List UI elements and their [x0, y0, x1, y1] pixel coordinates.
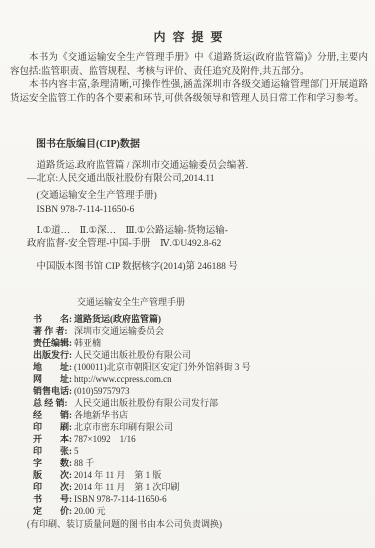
- colophon-value: 2014 年 11 月 第 1 版: [74, 469, 363, 481]
- colophon-label: 印 次:: [33, 481, 74, 493]
- cip-series-note: (交通运输安全生产管理手册): [27, 190, 355, 203]
- colophon-value: 人民交通出版社股份有限公司发行部: [74, 397, 363, 409]
- colophon-label: 网 址:: [33, 373, 74, 385]
- content-summary-paragraph-2: 本书内容丰富,条理清晰,可操作性强,涵盖深圳市各级交通运输管理部门开展道路货运安…: [10, 79, 368, 106]
- colophon-row: 书 名: 道路货运(政府监管篇): [33, 313, 363, 325]
- cip-record-line1: 道路货运.政府监管篇 / 深圳市交通运输委员会编著.: [27, 160, 355, 173]
- cip-isbn: ISBN 978-7-114-11650-6: [27, 204, 355, 217]
- colophon-label: 开 本:: [33, 433, 74, 445]
- colophon-value: 韩亚楠: [74, 337, 363, 349]
- colophon-value: 787×1092 1/16: [74, 433, 363, 445]
- colophon-label: 字 数:: [33, 457, 74, 469]
- content-summary-section: 内 容 提 要 本书为《交通运输安全生产管理手册》中《道路货运(政府监管篇)》分…: [10, 28, 368, 106]
- cip-data-section: 图书在版编目(CIP)数据 道路货运.政府监管篇 / 深圳市交通运输委员会编著.…: [27, 138, 355, 274]
- colophon-label: 总 经 销:: [33, 397, 74, 409]
- colophon-value: 20.00 元: [74, 505, 363, 517]
- colophon-row: 销售电话: (010)59757973: [33, 385, 363, 397]
- colophon-row: 书 号: ISBN 978-7-114-11650-6: [33, 493, 363, 505]
- colophon-label: 印 张:: [33, 445, 74, 457]
- colophon-value: 各地新华书店: [74, 409, 363, 421]
- colophon-row: 地 址: (100011)北京市朝阳区安定门外外馆斜街 3 号: [33, 361, 363, 373]
- colophon-value: (010)59757973: [74, 385, 363, 397]
- colophon-section: 交通运输安全生产管理手册 书 名: 道路货运(政府监管篇) 著 作 者: 深圳市…: [33, 296, 363, 530]
- colophon-row: 字 数: 88 千: [33, 457, 363, 469]
- colophon-row: 著 作 者: 深圳市交通运输委员会: [33, 325, 363, 337]
- colophon-value: 道路货运(政府监管篇): [74, 313, 363, 325]
- colophon-value: 5: [74, 445, 363, 457]
- colophon-row: 版 次: 2014 年 11 月 第 1 版: [33, 469, 363, 481]
- colophon-row: 经 销: 各地新华书店: [33, 409, 363, 421]
- colophon-label: 地 址:: [33, 361, 74, 373]
- colophon-label: 版 次:: [33, 469, 74, 481]
- cip-record-line2: —北京:人民交通出版社股份有限公司,2014.11: [27, 173, 355, 186]
- colophon-row: 定 价: 20.00 元: [33, 505, 363, 517]
- cip-classification-line2: 政府监督-安全管理-中国-手册 Ⅳ.①U492.8-62: [27, 238, 355, 251]
- content-summary-title: 内 容 提 要: [10, 28, 368, 45]
- colophon-value: 88 千: [74, 457, 363, 469]
- colophon-series-title: 交通运输安全生产管理手册: [77, 296, 363, 308]
- colophon-label: 书 名:: [33, 313, 74, 325]
- colophon-value: ISBN 978-7-114-11650-6: [74, 493, 363, 505]
- copyright-page: 内 容 提 要 本书为《交通运输安全生产管理手册》中《道路货运(政府监管篇)》分…: [0, 0, 375, 548]
- colophon-quality-note: (有印刷、装订质量问题的图书由本公司负责调换): [27, 518, 363, 530]
- cip-classification-line1: Ⅰ.①道… Ⅱ.①深… Ⅲ.①公路运输-货物运输-: [27, 225, 355, 238]
- colophon-label: 责任编辑:: [33, 337, 74, 349]
- colophon-label: 书 号:: [33, 493, 74, 505]
- cip-registry-number: 中国版本图书馆 CIP 数据核字(2014)第 246188 号: [27, 261, 355, 274]
- colophon-row: 印 次: 2014 年 11 月 第 1 次印刷: [33, 481, 363, 493]
- colophon-row: 印 刷: 北京市密东印刷有限公司: [33, 421, 363, 433]
- colophon-label: 经 销:: [33, 409, 74, 421]
- colophon-value: 人民交通出版社股份有限公司: [74, 349, 363, 361]
- content-summary-paragraph-1: 本书为《交通运输安全生产管理手册》中《道路货运(政府监管篇)》分册,主要内容包括…: [10, 52, 368, 79]
- colophon-row: 出版发行: 人民交通出版社股份有限公司: [33, 349, 363, 361]
- colophon-label: 著 作 者:: [33, 325, 74, 337]
- colophon-row: 总 经 销: 人民交通出版社股份有限公司发行部: [33, 397, 363, 409]
- colophon-row: 网 址: http://www.ccpress.com.cn: [33, 373, 363, 385]
- colophon-entries: 书 名: 道路货运(政府监管篇) 著 作 者: 深圳市交通运输委员会 责任编辑:…: [33, 313, 363, 517]
- colophon-row: 责任编辑: 韩亚楠: [33, 337, 363, 349]
- colophon-value: 2014 年 11 月 第 1 次印刷: [74, 481, 363, 493]
- colophon-value: 北京市密东印刷有限公司: [74, 421, 363, 433]
- colophon-value: (100011)北京市朝阳区安定门外外馆斜街 3 号: [74, 361, 363, 373]
- colophon-label: 销售电话:: [33, 385, 74, 397]
- colophon-value: 深圳市交通运输委员会: [74, 325, 363, 337]
- colophon-label: 出版发行:: [33, 349, 74, 361]
- colophon-value: http://www.ccpress.com.cn: [74, 373, 363, 385]
- colophon-label: 定 价:: [33, 505, 74, 517]
- cip-heading: 图书在版编目(CIP)数据: [36, 138, 355, 151]
- colophon-label: 印 刷:: [33, 421, 74, 433]
- colophon-row: 印 张: 5: [33, 445, 363, 457]
- colophon-row: 开 本: 787×1092 1/16: [33, 433, 363, 445]
